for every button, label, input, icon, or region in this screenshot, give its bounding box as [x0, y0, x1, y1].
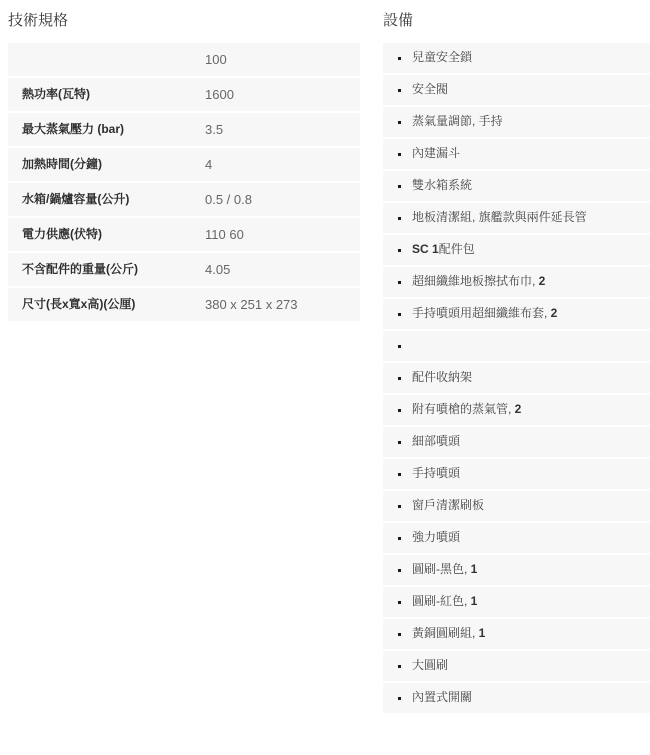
bullet-icon	[398, 377, 401, 380]
equipment-list-item: 超細纖維地板擦拭布巾, 2	[383, 267, 650, 299]
spec-table-row: 加熱時間(分鐘) 4	[8, 148, 360, 183]
bullet-icon	[398, 441, 401, 444]
equipment-item-text: 配件收納架	[412, 370, 472, 386]
specs-section: 技術規格 100 熱功率(瓦特) 1600 最大蒸氣壓力 (bar) 3.5 加…	[8, 8, 360, 715]
equipment-item-text: 圓刷-紅色, 1	[412, 594, 477, 610]
equipment-list-item: 細部噴頭	[383, 427, 650, 459]
equipment-list-item: 附有噴槍的蒸氣管, 2	[383, 395, 650, 427]
equipment-item-text: 強力噴頭	[412, 530, 460, 546]
spec-row-value: 4.05	[205, 262, 230, 278]
equipment-item-text: 超細纖維地板擦拭布巾, 2	[412, 274, 545, 290]
spec-table-row: 電力供應(伏特) 110 60	[8, 218, 360, 253]
bullet-icon	[398, 665, 401, 668]
equipment-section: 設備 兒童安全鎖 安全閥 蒸氣量調節, 手持 內建漏斗 雙水箱系統 地板清潔組,…	[383, 8, 650, 715]
bullet-icon	[398, 569, 401, 572]
equipment-item-text: 地板清潔組, 旗艦款與兩件延長管	[412, 210, 587, 226]
equipment-list-item: SC 1配件包	[383, 235, 650, 267]
equipment-item-text: 圓刷-黑色, 1	[412, 562, 477, 578]
equipment-list-item: 大圓刷	[383, 651, 650, 683]
bullet-icon	[398, 345, 401, 348]
spec-table-row: 熱功率(瓦特) 1600	[8, 78, 360, 113]
equipment-list-item: 配件收納架	[383, 363, 650, 395]
bullet-icon	[398, 601, 401, 604]
spec-table-row: 水箱/鍋爐容量(公升) 0.5 / 0.8	[8, 183, 360, 218]
spec-row-label: 最大蒸氣壓力 (bar)	[22, 122, 205, 136]
equipment-item-text: 安全閥	[412, 82, 448, 98]
equipment-list-item: 內建漏斗	[383, 139, 650, 171]
equipment-list-item: 手持噴頭用超細纖維布套, 2	[383, 299, 650, 331]
bullet-icon	[398, 473, 401, 476]
equipment-list-item: 強力噴頭	[383, 523, 650, 555]
spec-table-row: 最大蒸氣壓力 (bar) 3.5	[8, 113, 360, 148]
equipment-item-text: 內置式開關	[412, 690, 472, 706]
spec-row-value: 0.5 / 0.8	[205, 192, 252, 208]
equipment-list-item	[383, 331, 650, 363]
bullet-icon	[398, 121, 401, 124]
spec-table-row: 100	[8, 43, 360, 78]
equipment-item-text: 附有噴槍的蒸氣管, 2	[412, 402, 521, 418]
spec-row-value: 110 60	[205, 227, 244, 243]
bullet-icon	[398, 281, 401, 284]
equipment-item-text: 手持噴頭	[412, 466, 460, 482]
equipment-list-item: 手持噴頭	[383, 459, 650, 491]
equipment-item-text: 大圓刷	[412, 658, 448, 674]
equipment-title: 設備	[383, 12, 650, 30]
specs-table: 100 熱功率(瓦特) 1600 最大蒸氣壓力 (bar) 3.5 加熱時間(分…	[8, 43, 360, 323]
bullet-icon	[398, 89, 401, 92]
bullet-icon	[398, 217, 401, 220]
equipment-item-text: 內建漏斗	[412, 146, 460, 162]
bullet-icon	[398, 537, 401, 540]
spec-row-label: 熱功率(瓦特)	[22, 87, 205, 101]
equipment-list-item: 窗戶清潔刷板	[383, 491, 650, 523]
spec-row-label: 電力供應(伏特)	[22, 227, 205, 241]
equipment-list-item: 安全閥	[383, 75, 650, 107]
bullet-icon	[398, 409, 401, 412]
bullet-icon	[398, 57, 401, 60]
equipment-item-text: 手持噴頭用超細纖維布套, 2	[412, 306, 557, 322]
equipment-item-text: SC 1配件包	[412, 242, 475, 258]
equipment-list-item: 雙水箱系統	[383, 171, 650, 203]
equipment-list-item: 圓刷-紅色, 1	[383, 587, 650, 619]
product-detail-page: 技術規格 100 熱功率(瓦特) 1600 最大蒸氣壓力 (bar) 3.5 加…	[0, 0, 650, 715]
bullet-icon	[398, 697, 401, 700]
spec-row-value: 4	[205, 157, 212, 173]
equipment-item-text: 蒸氣量調節, 手持	[412, 114, 503, 130]
specs-title: 技術規格	[8, 12, 360, 30]
equipment-list-item: 黃銅圓刷組, 1	[383, 619, 650, 651]
spec-row-value: 1600	[205, 87, 234, 103]
bullet-icon	[398, 153, 401, 156]
spec-row-label: 加熱時間(分鐘)	[22, 157, 205, 171]
equipment-item-text: 窗戶清潔刷板	[412, 498, 484, 514]
bullet-icon	[398, 185, 401, 188]
bullet-icon	[398, 505, 401, 508]
bullet-icon	[398, 249, 401, 252]
spec-row-value: 3.5	[205, 122, 223, 138]
spec-table-row: 尺寸(長x寬x高)(公厘) 380 x 251 x 273	[8, 288, 360, 323]
spec-row-label: 不含配件的重量(公斤)	[22, 262, 205, 276]
spec-table-row: 不含配件的重量(公斤) 4.05	[8, 253, 360, 288]
spec-row-value: 380 x 251 x 273	[205, 297, 298, 313]
equipment-item-text: 兒童安全鎖	[412, 50, 472, 66]
equipment-list-item: 蒸氣量調節, 手持	[383, 107, 650, 139]
equipment-list-item: 圓刷-黑色, 1	[383, 555, 650, 587]
equipment-list-item: 內置式開關	[383, 683, 650, 715]
equipment-item-text: 雙水箱系統	[412, 178, 472, 194]
spec-row-label: 水箱/鍋爐容量(公升)	[22, 192, 205, 206]
equipment-item-text: 黃銅圓刷組, 1	[412, 626, 485, 642]
spec-row-label: 尺寸(長x寬x高)(公厘)	[22, 297, 205, 311]
bullet-icon	[398, 633, 401, 636]
bullet-icon	[398, 313, 401, 316]
equipment-list: 兒童安全鎖 安全閥 蒸氣量調節, 手持 內建漏斗 雙水箱系統 地板清潔組, 旗艦…	[383, 43, 650, 715]
equipment-item-text: 細部噴頭	[412, 434, 460, 450]
equipment-list-item: 地板清潔組, 旗艦款與兩件延長管	[383, 203, 650, 235]
equipment-list-item: 兒童安全鎖	[383, 43, 650, 75]
spec-row-value: 100	[205, 52, 227, 68]
